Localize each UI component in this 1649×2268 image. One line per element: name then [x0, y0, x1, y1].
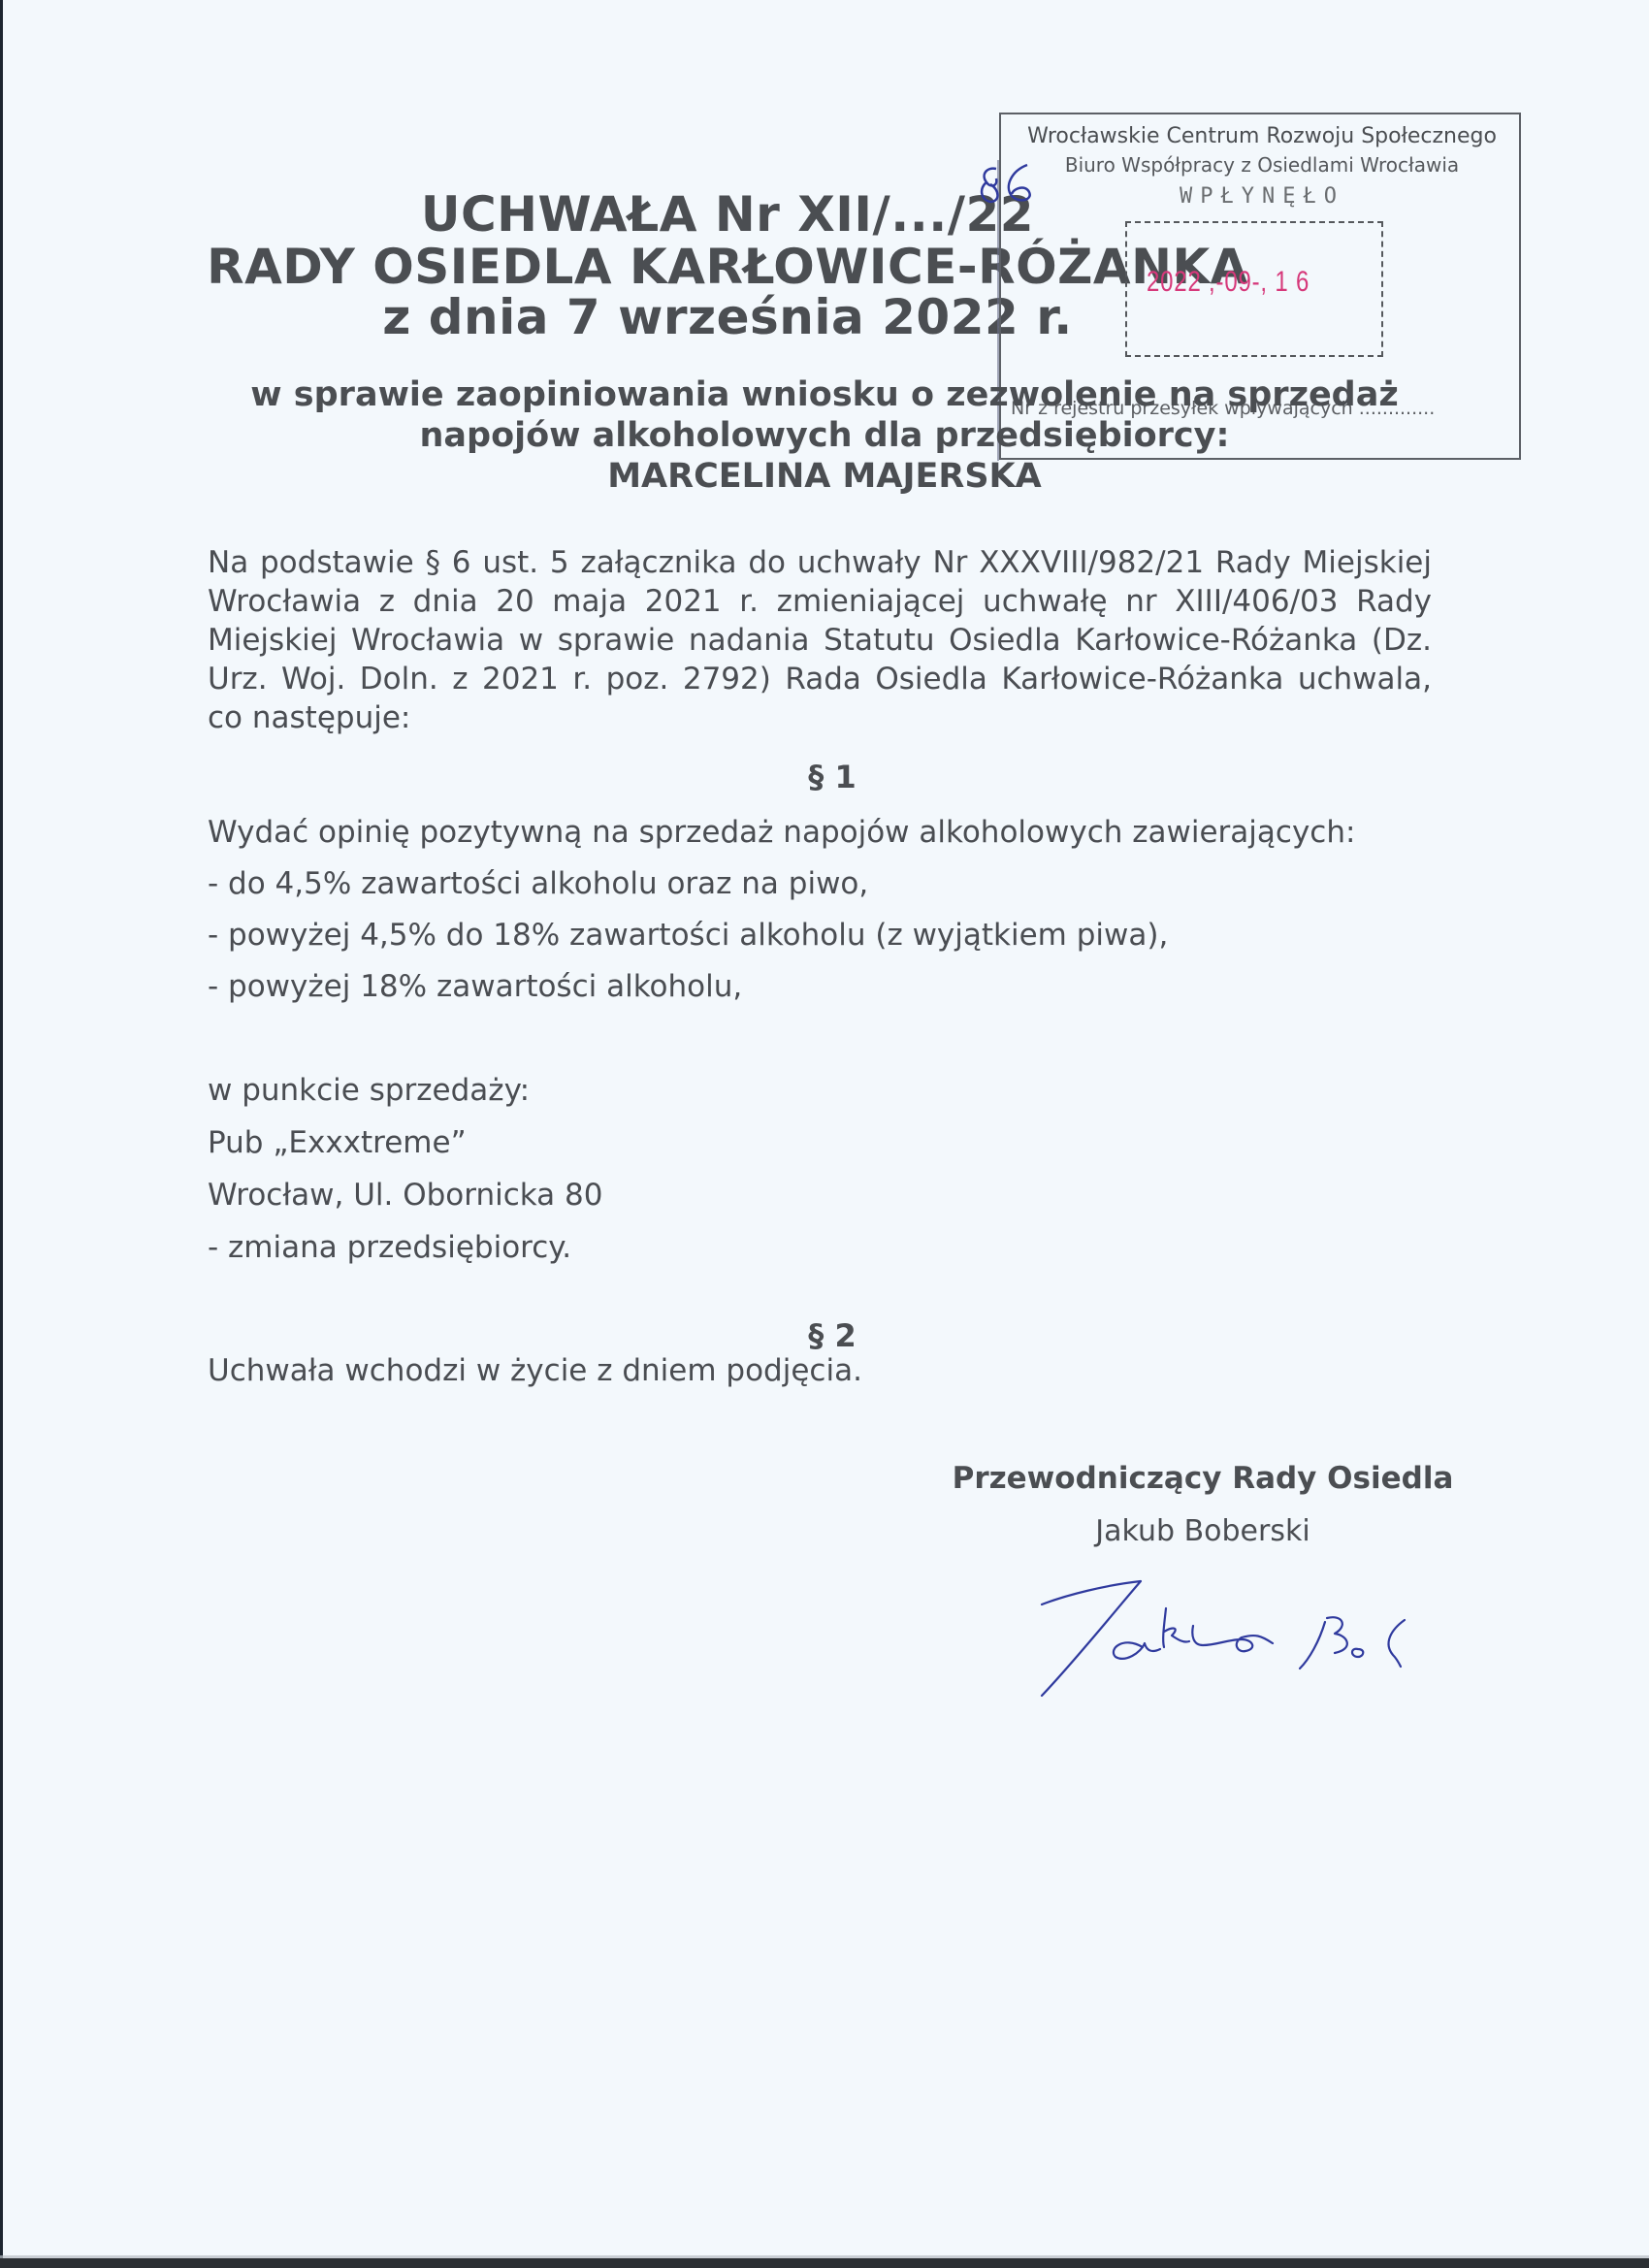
- preamble-line: Miejskiej Wrocławia w sprawie nadania St…: [208, 621, 1432, 660]
- handwritten-signature: [999, 1571, 1406, 1707]
- signatory-name: Jakub Boberski: [931, 1514, 1474, 1548]
- legal-basis-paragraph: Na podstawie § 6 ust. 5 załącznika do uc…: [208, 543, 1432, 737]
- stamp-institution: Wrocławskie Centrum Rozwoju Społecznego: [1001, 124, 1523, 148]
- section-1-intro: Wydać opinię pozytywną na sprzedaż napoj…: [208, 815, 1355, 850]
- section-2-mark: § 2: [0, 1317, 1649, 1354]
- subject-line-1: w sprawie zaopiniowania wniosku o zezwol…: [194, 374, 1455, 415]
- venue-name: Pub „Exxxtreme”: [208, 1125, 467, 1160]
- signatory-title: Przewodniczący Rady Osiedla: [931, 1461, 1474, 1496]
- section-2-text: Uchwała wchodzi w życie z dniem podjęcia…: [208, 1353, 862, 1388]
- stamp-received-label: WPŁYNĘŁO: [1001, 184, 1523, 209]
- scan-edge-bottom: [0, 2258, 1649, 2268]
- preamble-line: Wrocławia z dnia 20 maja 2021 r. zmienia…: [208, 582, 1432, 621]
- change-note: - zmiana przedsiębiorcy.: [208, 1230, 571, 1265]
- preamble-line: Na podstawie § 6 ust. 5 załącznika do uc…: [208, 543, 1432, 582]
- venue-address: Wrocław, Ul. Obornicka 80: [208, 1178, 602, 1213]
- section-1-mark: § 1: [0, 759, 1649, 795]
- scan-edge-left: [0, 0, 3, 2268]
- preamble-line: Urz. Woj. Doln. z 2021 r. poz. 2792) Rad…: [208, 660, 1432, 698]
- alcohol-category-item: - powyżej 4,5% do 18% zawartości alkohol…: [208, 918, 1168, 953]
- preamble-line: co następuje:: [208, 698, 1432, 737]
- entrepreneur-name: MARCELINA MAJERSKA: [194, 456, 1455, 497]
- alcohol-category-item: - powyżej 18% zawartości alkoholu,: [208, 969, 742, 1004]
- stamp-date-box: 2022 ,-09-, 1 6: [1125, 221, 1383, 357]
- stamp-date: 2022 ,-09-, 1 6: [1147, 266, 1309, 299]
- alcohol-category-item: - do 4,5% zawartości alkoholu oraz na pi…: [208, 866, 868, 901]
- subject-line-2: napojów alkoholowych dla przedsiębiorcy:: [194, 415, 1455, 456]
- stamp-office: Biuro Współpracy z Osiedlami Wrocławia: [1001, 153, 1523, 177]
- point-of-sale-label: w punkcie sprzedaży:: [208, 1073, 530, 1108]
